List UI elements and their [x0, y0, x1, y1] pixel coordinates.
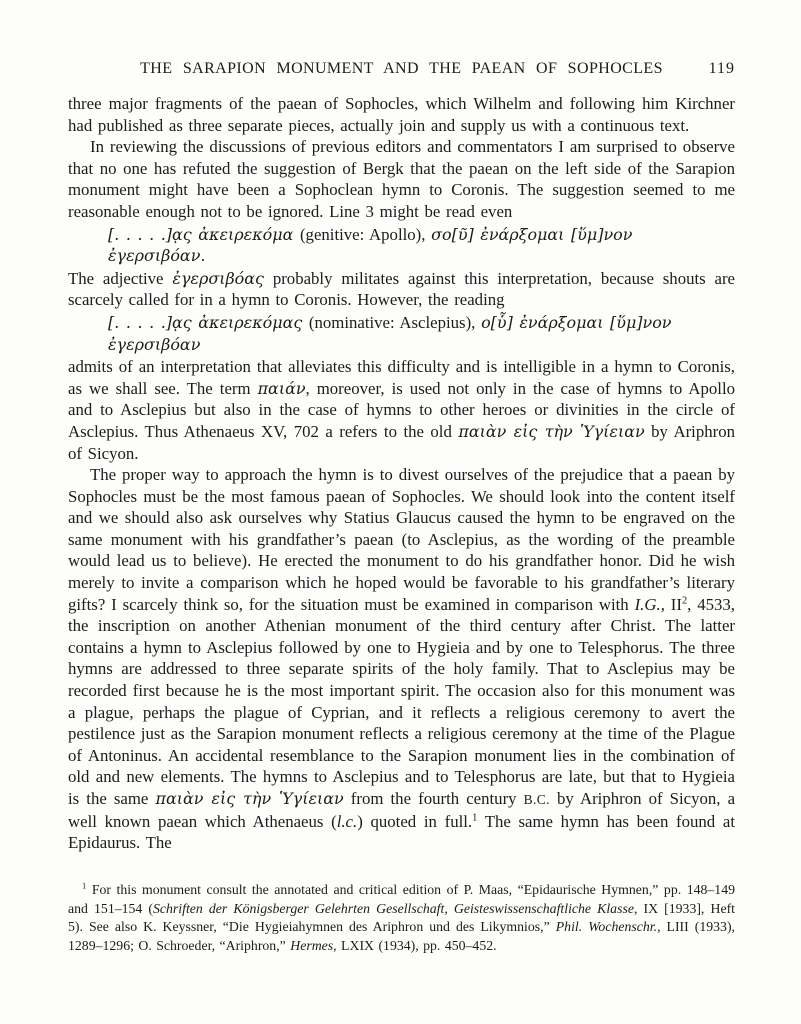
paragraph-5: The proper way to approach the hymn is t…: [68, 464, 735, 854]
document-page: THE SARAPION MONUMENT AND THE PAEAN OF S…: [0, 0, 801, 1024]
footnote: 1 For this monument consult the annotate…: [68, 881, 735, 956]
bc-abbreviation: B.C.: [524, 792, 550, 807]
text-run: The adjective: [68, 269, 172, 288]
greek-text: παιὰν εἰς τὴν Ὑγίειαν: [155, 789, 343, 808]
greek-quote-line-1: [. . . . .]ᾳς ἀκειρεκόμα (genitive: Apol…: [108, 224, 735, 267]
journal-title: Hermes: [290, 938, 333, 953]
roman-gloss: (nominative: Asclepius),: [309, 313, 481, 332]
article-body: three major fragments of the paean of So…: [68, 93, 735, 854]
footnote-paragraph: 1 For this monument consult the annotate…: [68, 881, 735, 956]
paragraph-3: The adjective ἐγερσιβόας probably milita…: [68, 268, 735, 311]
paragraph-2: In reviewing the discussions of previous…: [68, 136, 735, 222]
paragraph-4: admits of an interpretation that allevia…: [68, 356, 735, 464]
citation-abbreviation: I.G.: [635, 595, 661, 614]
text-run: , 4533, the inscription on another Athen…: [68, 595, 735, 808]
paragraph-continuation: three major fragments of the paean of So…: [68, 93, 735, 136]
greek-text: παιάν: [258, 379, 306, 398]
running-head-title: THE SARAPION MONUMENT AND THE PAEAN OF S…: [140, 60, 663, 78]
text-run: , LXIX (1934), pp. 450–452.: [333, 938, 496, 953]
journal-title: Schriften der Königsberger Gelehrten Ges…: [153, 901, 634, 916]
roman-gloss: (genitive: Apollo),: [300, 225, 431, 244]
loc-cit-abbreviation: l.c.: [337, 812, 358, 831]
greek-text: ἐγερσιβόας: [172, 269, 264, 288]
greek-text: [. . . . .]ᾳς ἀκειρεκόμας: [108, 313, 309, 332]
text-run: The proper way to approach the hymn is t…: [68, 465, 735, 614]
journal-title: Phil. Wochenschr.: [556, 919, 657, 934]
greek-text: παιὰν εἰς τὴν Ὑγίειαν: [458, 422, 644, 441]
text-run: , II: [661, 595, 682, 614]
page-header: THE SARAPION MONUMENT AND THE PAEAN OF S…: [68, 60, 735, 78]
greek-quote-line-2: [. . . . .]ᾳς ἀκειρεκόμας (nominative: A…: [108, 312, 735, 355]
text-run: ) quoted in full.: [357, 812, 472, 831]
text-run: from the fourth century: [344, 789, 524, 808]
page-number: 119: [709, 60, 735, 78]
greek-text: [. . . . .]ᾳς ἀκειρεκόμα: [108, 225, 300, 244]
